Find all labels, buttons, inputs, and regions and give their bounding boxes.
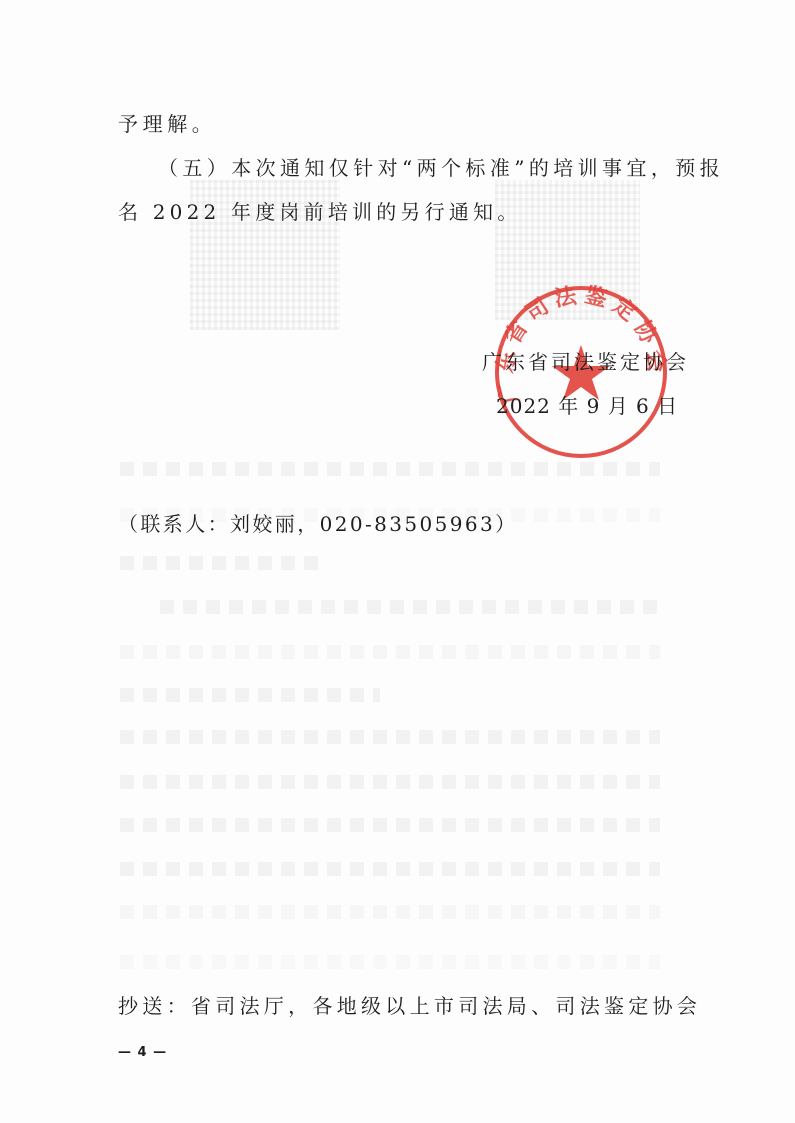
- body-line-3: 名 2022 年度岗前培训的另行通知。: [118, 199, 521, 225]
- svg-text:广东省司法鉴定协会: 广东省司法鉴定协会: [492, 283, 670, 406]
- signature-date: 2022 年 9 月 6 日: [496, 393, 678, 419]
- show-through-text: [120, 688, 380, 702]
- seal-text: 广东省司法鉴定协会: [492, 283, 670, 406]
- show-through-text: [120, 818, 660, 832]
- body-line-1: 予理解。: [118, 111, 216, 137]
- show-through-text: [120, 462, 660, 476]
- show-through-text: [120, 645, 660, 659]
- show-through-text: [120, 905, 660, 919]
- page-number: — 4 —: [118, 1045, 167, 1060]
- show-through-text: [160, 600, 660, 614]
- document-page: 予理解。 （五）本次通知仅针对“两个标准”的培训事宜，预报 名 2022 年度岗…: [0, 0, 795, 1123]
- body-line-2: （五）本次通知仅针对“两个标准”的培训事宜，预报: [158, 155, 724, 181]
- show-through-text: [120, 862, 660, 876]
- show-through-text: [120, 955, 660, 969]
- signature-organization: 广东省司法鉴定协会: [482, 349, 689, 375]
- contact-line: （联系人：刘姣丽，020-83505963）: [118, 511, 518, 537]
- show-through-text: [120, 775, 660, 789]
- cc-line: 抄送：省司法厅，各地级以上市司法局、司法鉴定协会: [118, 993, 701, 1019]
- show-through-text: [120, 556, 320, 570]
- show-through-text: [120, 730, 660, 744]
